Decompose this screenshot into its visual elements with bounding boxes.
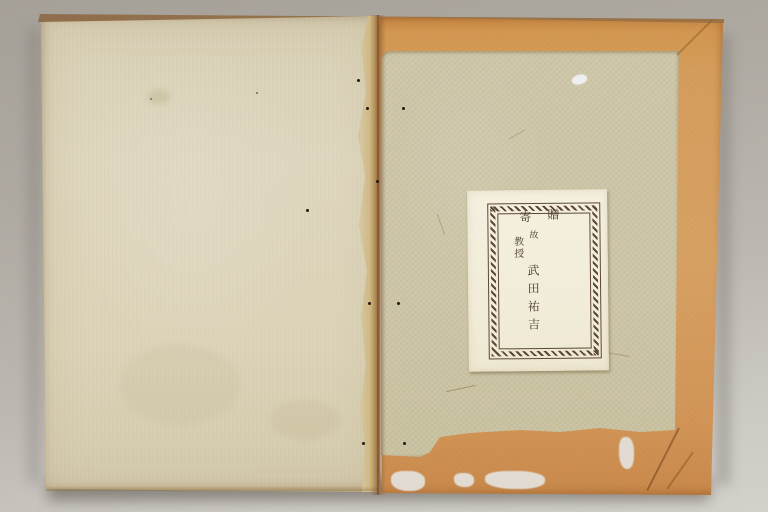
stitch-hole [362,442,365,445]
page-stain [270,400,340,440]
zigzag-border-bottom [492,350,599,356]
label-header-left-char: 寄 [519,211,531,223]
page-speck [150,98,152,100]
page-speck [306,209,309,212]
photo-scene: 寄 贈 故 武田祐吉 教授 [0,0,768,512]
label-title: 教授 [512,236,523,260]
stitch-hole [397,302,400,305]
label-prefix: 故 [527,230,537,241]
wear-patch [391,471,425,491]
zigzag-border-left [490,206,497,356]
stitch-hole [402,107,405,110]
label-header-right-char: 贈 [547,209,559,221]
page-stain [120,345,240,425]
page-speck [256,92,258,94]
zigzag-border-top [490,205,597,211]
stitch-hole [376,180,379,183]
stitch-hole [403,442,406,445]
left-page-bottom-edge [46,486,379,491]
wear-patch [619,437,634,469]
wear-patch [485,471,545,489]
stitch-hole [357,79,360,82]
wear-patch [454,473,474,487]
label-decorative-frame [487,202,602,359]
zigzag-border-right [592,205,599,355]
spine-gutter [370,15,386,495]
label-name: 武田祐吉 [526,264,541,336]
label-dedication-column: 故 武田祐吉 教授 [524,230,541,371]
stitch-hole [368,302,371,305]
donation-label: 寄 贈 故 武田祐吉 教授 [467,189,609,371]
page-stain [148,90,170,104]
book-left-edge-shadow [28,28,40,483]
stitch-hole [366,107,369,110]
